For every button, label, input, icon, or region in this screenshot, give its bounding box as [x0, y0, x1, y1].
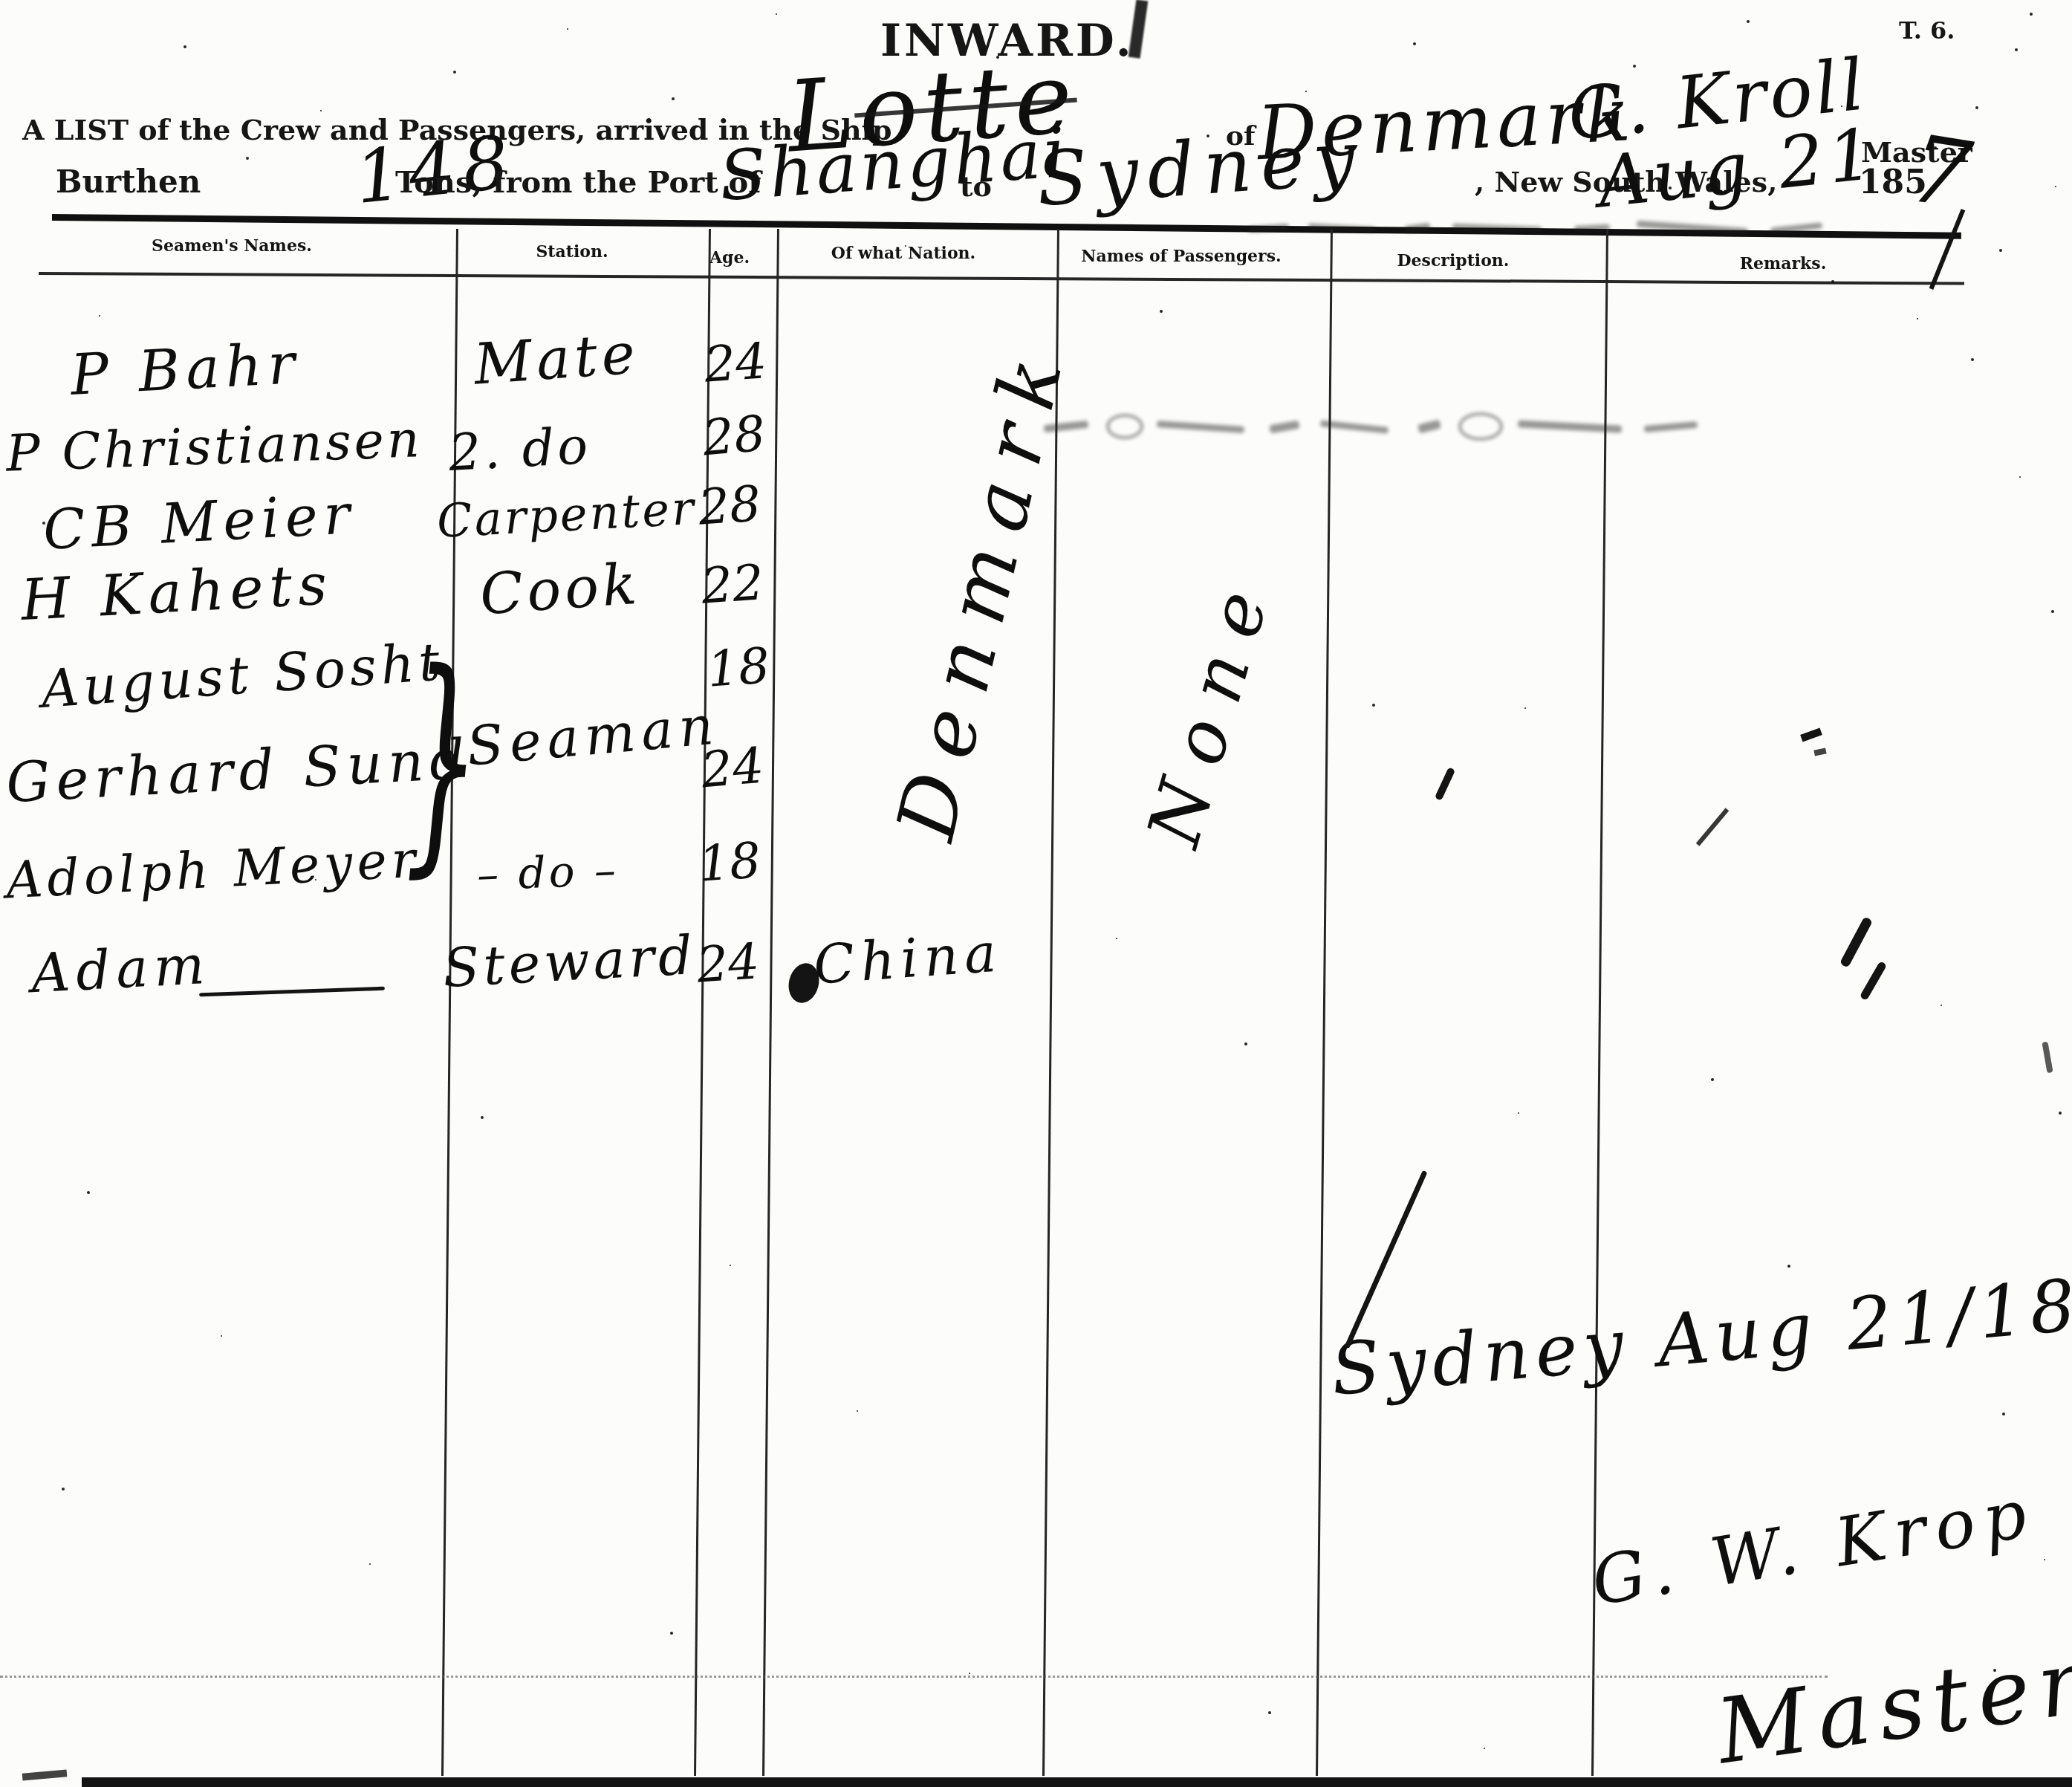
col-header-passengers: Names of Passengers. [1081, 247, 1281, 266]
crew-age: 24 [699, 736, 766, 799]
col-header-station: Station. [536, 242, 608, 262]
ink-mark [1839, 916, 1873, 968]
nation-column-vertical: Denmark [880, 415, 1042, 843]
scan-speckles [0, 0, 1, 1]
port-destination-handwritten: Sydney [1033, 114, 1366, 223]
scan-edge-bottom [82, 1777, 2072, 1787]
footer-place-date: Sydney Aug 21/1857 [1328, 1254, 2072, 1412]
divider-passengers-description [1316, 229, 1333, 1776]
ink-mark [1696, 808, 1729, 846]
ink-mark [1813, 747, 1826, 756]
col-header-seamens-names: Seamen's Names. [152, 236, 312, 256]
master-signature: G. W. Krop [1586, 1474, 2040, 1621]
crew-station: Steward [441, 924, 698, 999]
crew-name: H Kahets [19, 551, 334, 633]
crew-station-shared: Seaman [464, 693, 721, 777]
ink-mark [1435, 767, 1456, 801]
crew-nation: China [811, 921, 1004, 996]
crew-age: 28 [701, 404, 767, 467]
crew-age: 22 [699, 554, 765, 615]
crew-name: Adam [30, 933, 212, 1005]
crew-station: Carpenter [435, 481, 697, 548]
name-flourish-line [199, 987, 385, 997]
tons-port-label: Tons, from the Port of [395, 165, 761, 200]
faint-dotted-line [0, 1676, 1828, 1678]
crew-name: Gerhard Sund [4, 727, 472, 816]
crew-station: 2. do [447, 417, 592, 483]
column-header-underline [39, 272, 1964, 285]
crew-name: Adolph Meyer [4, 830, 421, 910]
crew-age: 18 [696, 831, 762, 893]
scanned-crew-list-form: T. 6. INWARD. A LIST of the Crew and Pas… [0, 0, 2072, 1787]
col-header-nation: Of what Nation. [831, 244, 976, 263]
ink-mark [2042, 1042, 2053, 1074]
year-digit-handwritten: 7 [1903, 115, 1978, 231]
crew-age: 24 [695, 933, 761, 994]
col-header-description: Description. [1397, 251, 1509, 270]
scan-edge-corner [22, 1769, 68, 1780]
crew-station: Cook [478, 551, 642, 628]
crew-age: 28 [696, 475, 762, 536]
crew-station: – do – [476, 845, 620, 901]
crew-name: P Bahr [69, 330, 302, 408]
crew-name: CB Meier [42, 482, 357, 562]
crew-station: Mate [472, 320, 641, 397]
burthen-label: Burthen [56, 163, 201, 200]
master-signature-title: Master [1711, 1630, 2072, 1785]
to-label: to [960, 169, 992, 203]
crew-age: 18 [705, 637, 771, 698]
bleed-band-mirror-writing [1044, 412, 1698, 441]
ink-mark [1860, 961, 1888, 1001]
ink-mark [1800, 728, 1822, 742]
crew-name: August Sosht [39, 631, 446, 720]
form-number-tag: T. 6. [1899, 16, 1955, 45]
crew-name: P Christiansen [5, 410, 423, 484]
bleed-band-top [1248, 220, 1822, 234]
col-header-age: Age. [709, 248, 750, 267]
col-header-remarks: Remarks. [1740, 254, 1827, 273]
passengers-column-vertical: None [1131, 617, 1253, 849]
crew-age: 24 [702, 332, 768, 394]
